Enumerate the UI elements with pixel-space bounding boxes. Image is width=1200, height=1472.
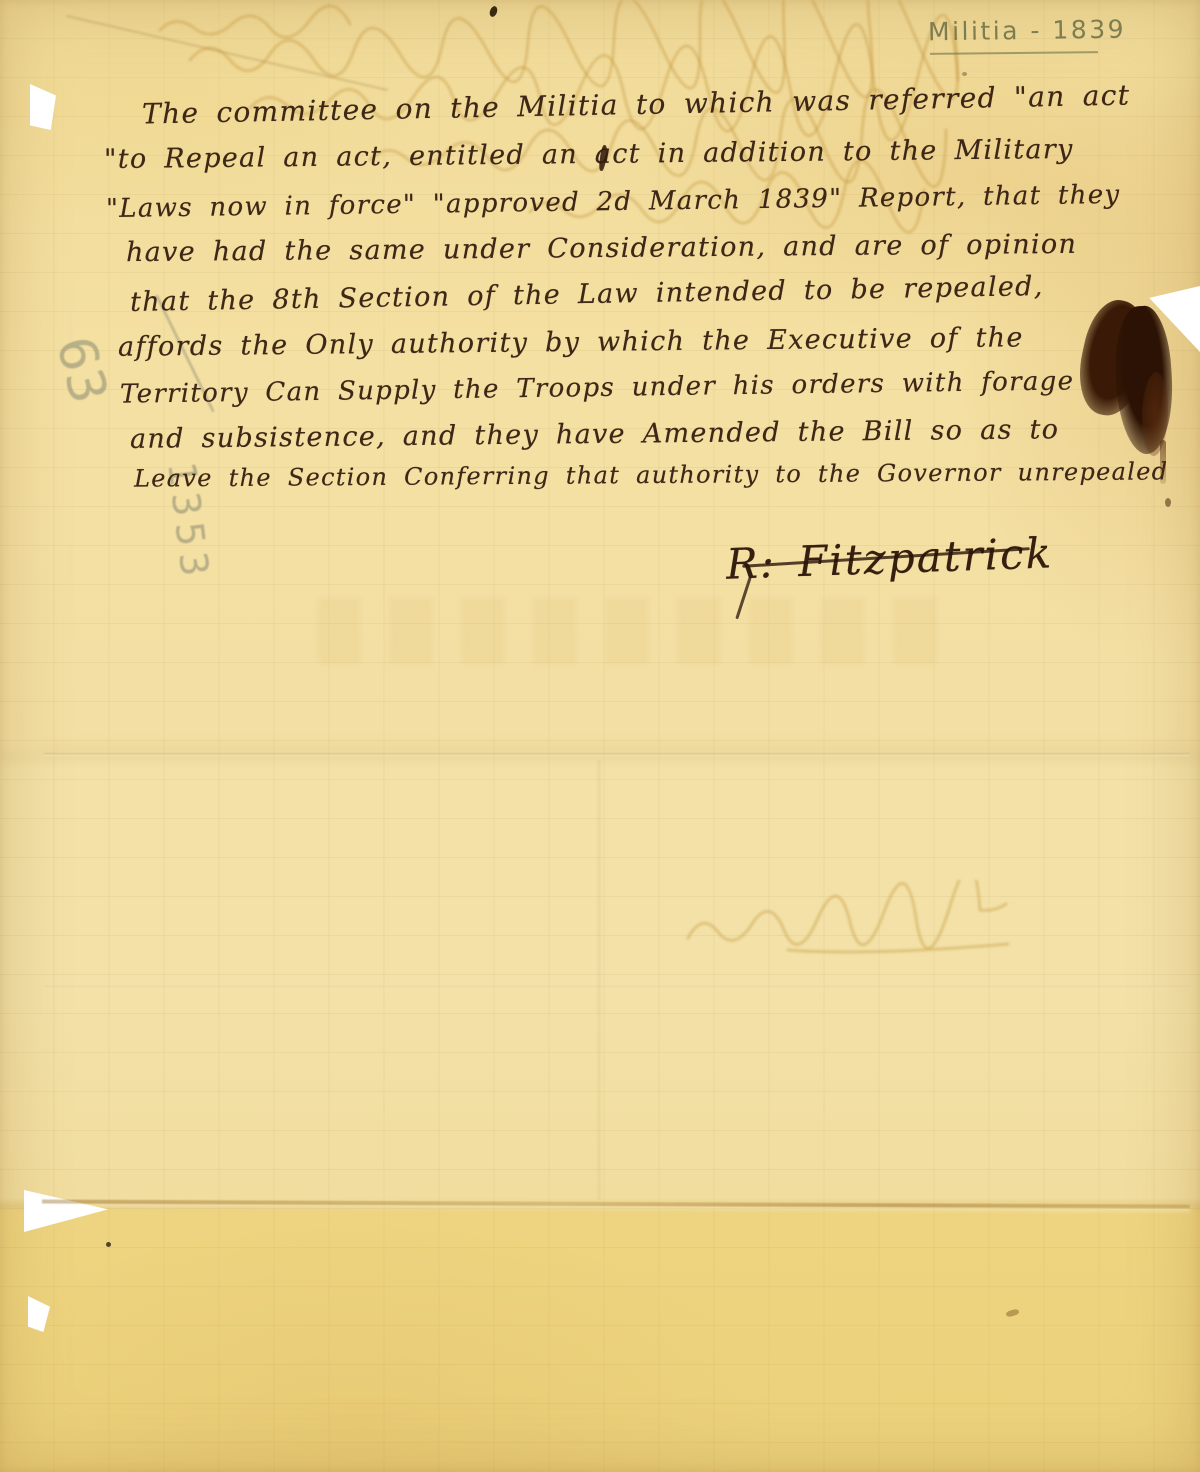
- scan-background: 63 1353 Militia - 1839 The committee on …: [0, 0, 1200, 1472]
- archival-label: Militia - 1839: [928, 15, 1126, 47]
